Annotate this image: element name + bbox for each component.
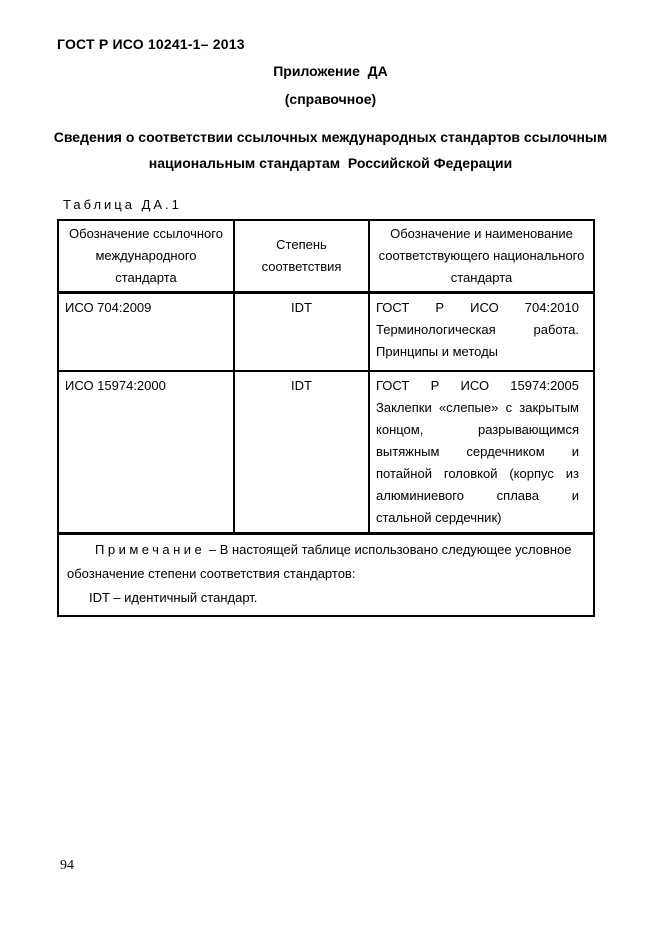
table-caption: Таблица ДА.1 [63,197,661,212]
note-paragraph: Примечание – В настоящей таблице использ… [67,538,585,586]
table-row: ИСО 15974:2000 IDT ГОСТ Р ИСО 15974:2005… [58,371,594,534]
international-standard-cell: ИСО 704:2009 [58,293,234,372]
national-standard-designation: ГОСТ Р ИСО 15974:2005 [376,375,579,397]
degree-cell: IDT [234,371,369,534]
table-note: Примечание – В настоящей таблице использ… [58,534,594,617]
section-title: Сведения о соответствии ссылочных междун… [0,124,661,176]
note-item: IDT – идентичный стандарт. [67,586,585,610]
table-header-row: Обозначение ссылочного международного ст… [58,220,594,293]
standards-correspondence-table: Обозначение ссылочного международного ст… [57,219,595,617]
national-standard-title: Терминологическая работа. Принципы и мет… [376,319,579,363]
column-header-correspondence-degree: Степень соответствия [234,220,369,293]
document-code: ГОСТ Р ИСО 10241-1– 2013 [57,0,661,52]
document-page: ГОСТ Р ИСО 10241-1– 2013 Приложение ДА (… [0,0,661,935]
degree-cell: IDT [234,293,369,372]
column-header-international-standard: Обозначение ссылочного международного ст… [58,220,234,293]
national-standard-title: Заклепки «слепые» с закрытым концом, раз… [376,397,579,529]
national-standard-cell: ГОСТ Р ИСО 704:2010 Терминологическая ра… [369,293,594,372]
table-note-row: Примечание – В настоящей таблице использ… [58,534,594,617]
national-standard-designation: ГОСТ Р ИСО 704:2010 [376,297,579,319]
note-label: Примечание [95,542,205,557]
appendix-type-label: (справочное) [0,91,661,107]
appendix-heading: Приложение ДА [0,63,661,79]
international-standard-cell: ИСО 15974:2000 [58,371,234,534]
column-header-national-standard: Обозначение и наименование соответствующ… [369,220,594,293]
national-standard-cell: ГОСТ Р ИСО 15974:2005 Заклепки «слепые» … [369,371,594,534]
table-row: ИСО 704:2009 IDT ГОСТ Р ИСО 704:2010 Тер… [58,293,594,372]
page-number: 94 [60,858,74,874]
